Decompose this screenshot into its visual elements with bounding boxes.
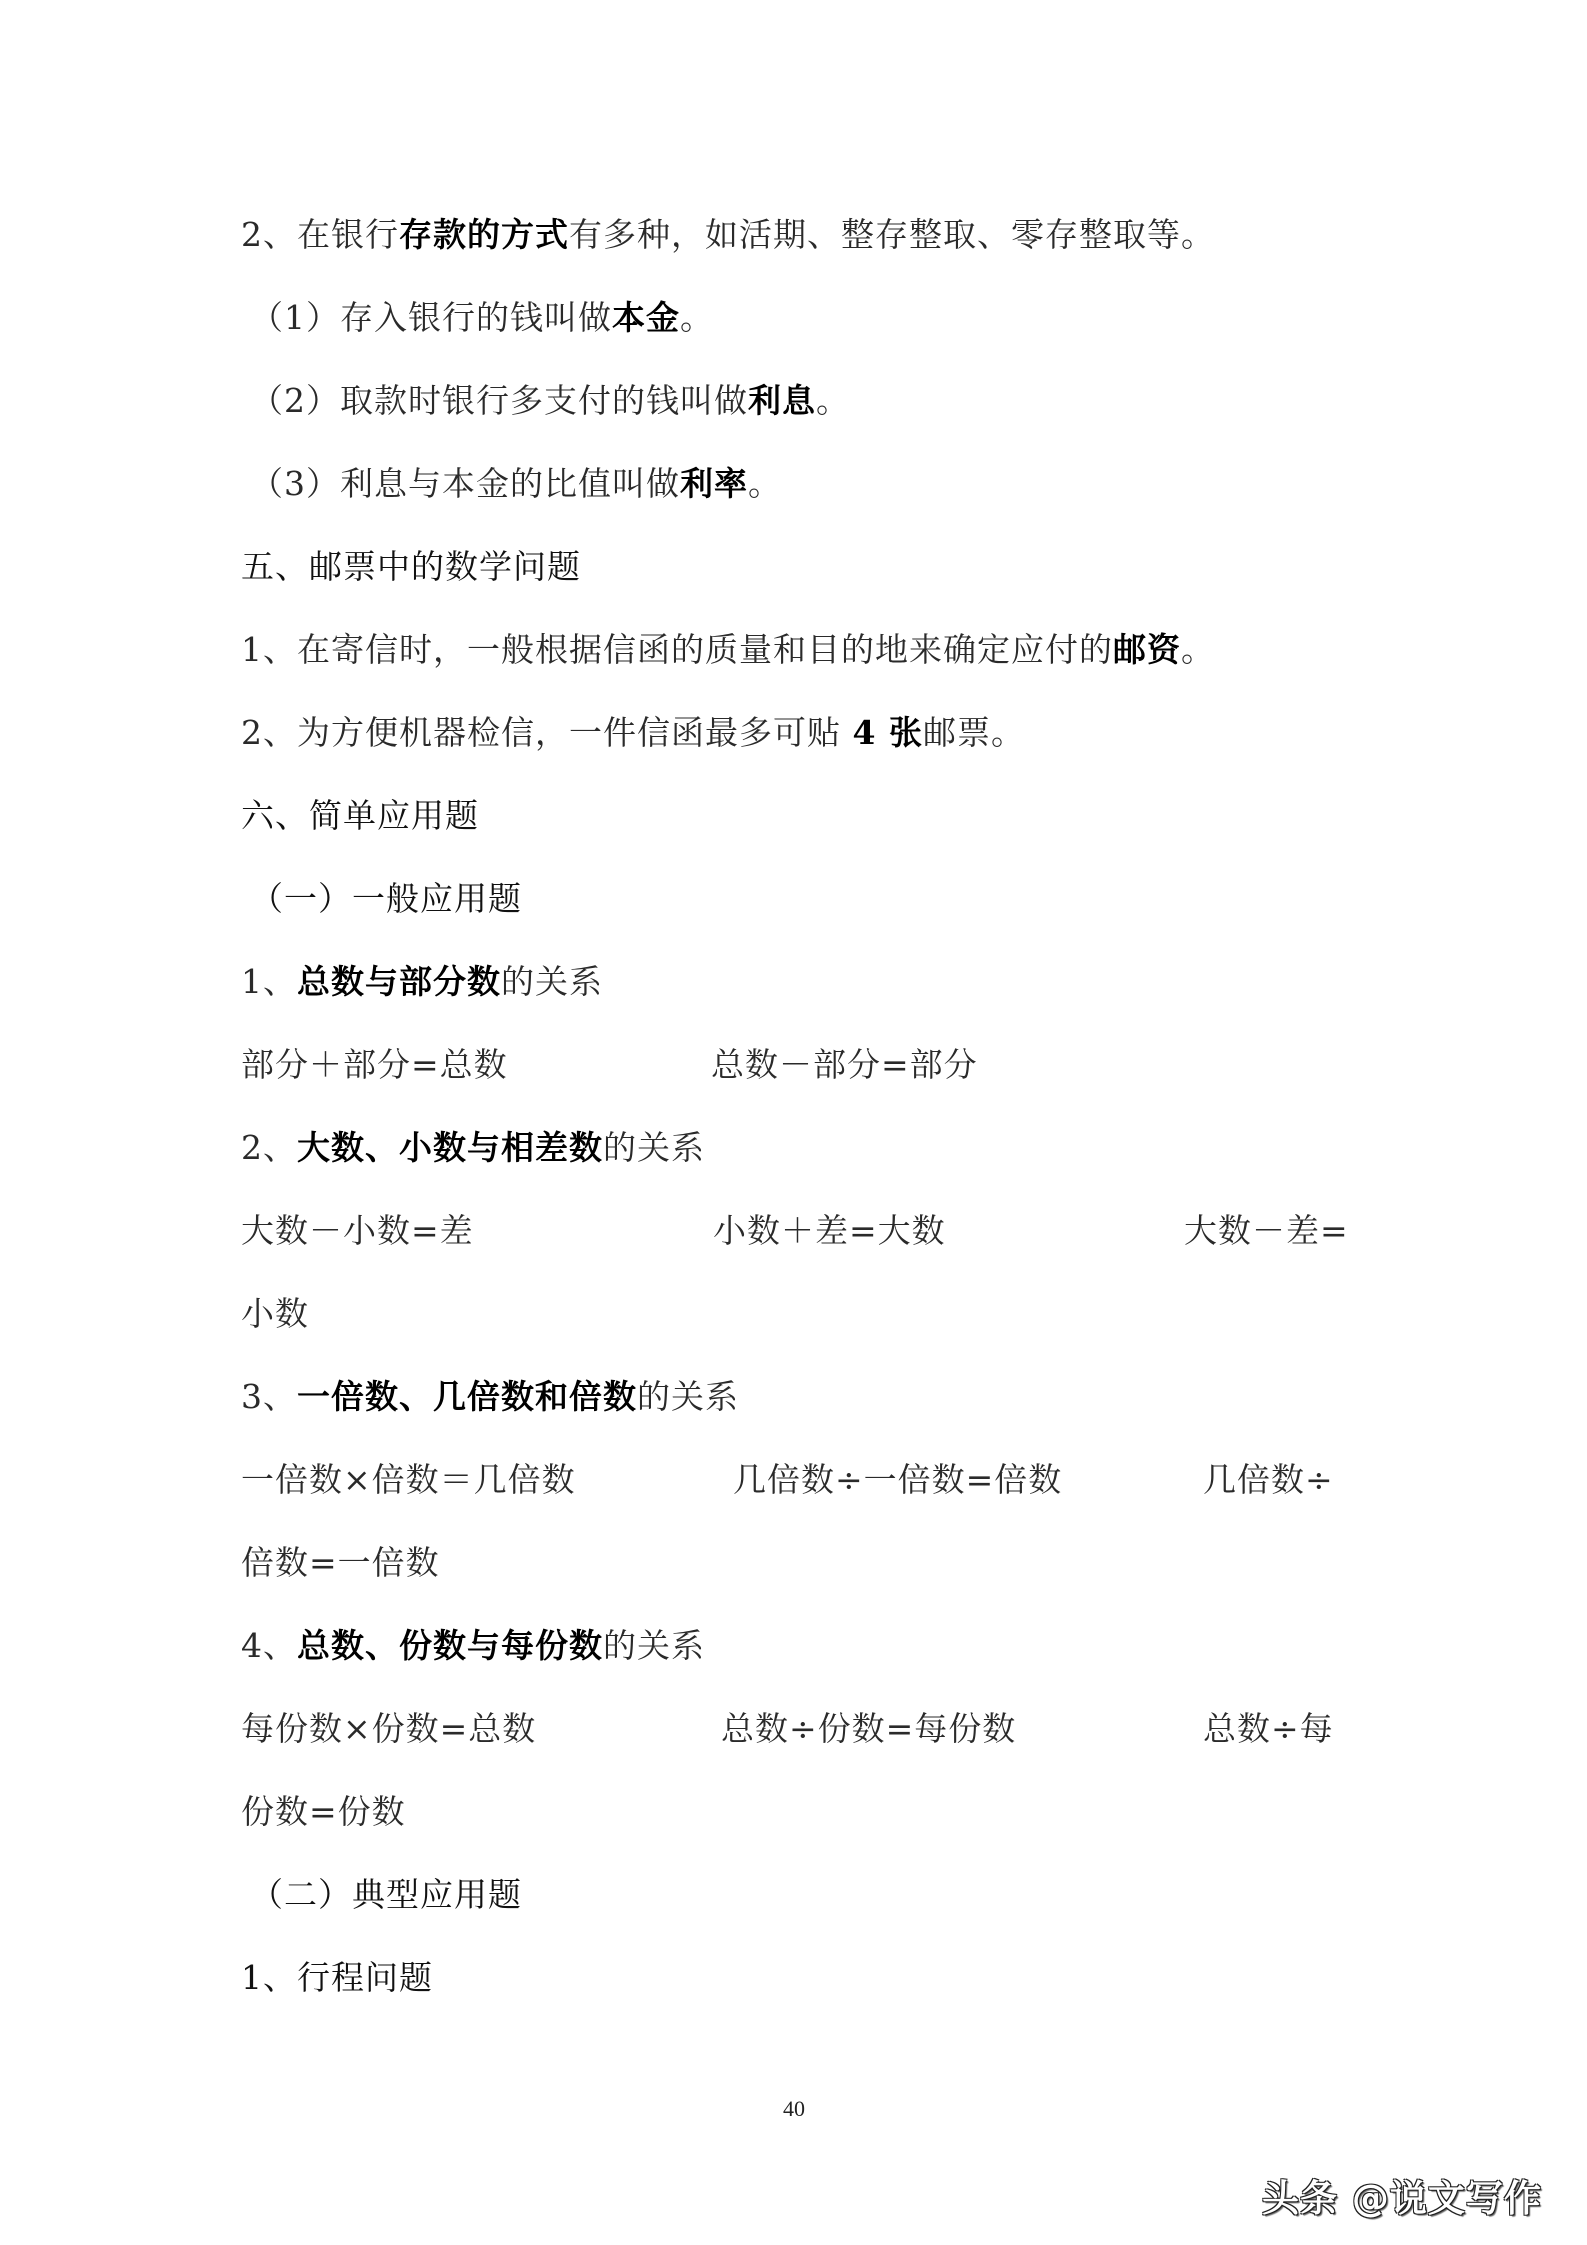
formula: 部分＋部分=总数 [241, 1040, 508, 1090]
text-segment: 的关系 [603, 1626, 705, 1665]
relation-4-formulas: 每份数×份数=总数 总数÷份数=每份数 总数÷每 [241, 1704, 1391, 1754]
text-segment: 3、 [241, 1377, 297, 1416]
text-segment: 的关系 [637, 1377, 739, 1416]
relation-4-continued: 份数=份数 [241, 1787, 406, 1837]
key-term: 一倍数、几倍数和倍数 [297, 1377, 637, 1416]
text-segment: 1、 [241, 962, 297, 1001]
key-term: 邮资 [1113, 630, 1181, 669]
formula: 总数÷份数=每份数 [721, 1704, 1016, 1754]
formula: 总数－部分=部分 [711, 1040, 978, 1090]
relation-3-title: 3、一倍数、几倍数和倍数的关系 [241, 1372, 739, 1422]
key-term: 大数、小数与相差数 [297, 1128, 603, 1167]
text-segment: 。 [816, 381, 850, 420]
text-segment: 的关系 [603, 1128, 705, 1167]
text-segment: 4、 [241, 1626, 297, 1665]
text-segment: 。 [680, 298, 714, 337]
formula: 大数－差= [1184, 1206, 1349, 1256]
formula: 几倍数÷一倍数=倍数 [733, 1455, 1062, 1505]
text-segment: 2、为方便机器检信，一件信函最多可贴 [241, 713, 853, 752]
formula: 小数＋差=大数 [713, 1206, 946, 1256]
key-term: 总数与部分数 [297, 962, 501, 1001]
paragraph-interest-rate: （3）利息与本金的比值叫做利率。 [250, 459, 782, 509]
travel-problem-heading: 1、行程问题 [241, 1953, 433, 2003]
text-segment: 。 [748, 464, 782, 503]
text-segment: 的关系 [501, 962, 603, 1001]
key-term: 4 张 [853, 713, 923, 752]
relation-4-title: 4、总数、份数与每份数的关系 [241, 1621, 705, 1671]
text-segment: 邮票。 [923, 713, 1025, 752]
formula: 大数－小数=差 [241, 1206, 474, 1256]
relation-3-continued: 倍数=一倍数 [241, 1538, 440, 1588]
relation-2-formulas: 大数－小数=差 小数＋差=大数 大数－差= [241, 1206, 1391, 1256]
formula: 每份数×份数=总数 [241, 1704, 536, 1754]
text-segment: 有多种，如活期、整存整取、零存整取等。 [569, 215, 1215, 254]
text-segment: （1）存入银行的钱叫做 [250, 298, 612, 337]
key-term: 本金 [612, 298, 680, 337]
text-segment: （3）利息与本金的比值叫做 [250, 464, 680, 503]
section-heading-5: 五、邮票中的数学问题 [241, 542, 581, 592]
text-segment: （2）取款时银行多支付的钱叫做 [250, 381, 748, 420]
text-segment: 。 [1181, 630, 1215, 669]
relation-3-formulas: 一倍数×倍数＝几倍数 几倍数÷一倍数=倍数 几倍数÷ [241, 1455, 1391, 1505]
paragraph-stamp-limit: 2、为方便机器检信，一件信函最多可贴 4 张邮票。 [241, 708, 1025, 758]
key-term: 利率 [680, 464, 748, 503]
paragraph-interest: （2）取款时银行多支付的钱叫做利息。 [250, 376, 850, 426]
paragraph-deposit-methods: 2、在银行存款的方式有多种，如活期、整存整取、零存整取等。 [241, 210, 1215, 260]
relation-2-title: 2、大数、小数与相差数的关系 [241, 1123, 705, 1173]
formula: 一倍数×倍数＝几倍数 [241, 1455, 576, 1505]
formula: 总数÷每 [1203, 1704, 1334, 1754]
page-number: 40 [783, 2096, 805, 2122]
watermark: 头条 @说文写作 [1262, 2168, 1542, 2222]
paragraph-postage: 1、在寄信时，一般根据信函的质量和目的地来确定应付的邮资。 [241, 625, 1215, 675]
text-segment: 2、在银行 [241, 215, 399, 254]
key-term: 总数、份数与每份数 [297, 1626, 603, 1665]
subsection-heading-typical: （二）典型应用题 [250, 1870, 522, 1920]
relation-1-formulas: 部分＋部分=总数 总数－部分=部分 [241, 1040, 1391, 1090]
relation-2-continued: 小数 [241, 1289, 309, 1339]
paragraph-principal: （1）存入银行的钱叫做本金。 [250, 293, 714, 343]
key-term: 存款的方式 [399, 215, 569, 254]
formula: 几倍数÷ [1203, 1455, 1334, 1505]
relation-1-title: 1、总数与部分数的关系 [241, 957, 603, 1007]
text-segment: 1、在寄信时，一般根据信函的质量和目的地来确定应付的 [241, 630, 1113, 669]
subsection-heading-general: （一）一般应用题 [250, 874, 522, 924]
text-segment: 2、 [241, 1128, 297, 1167]
section-heading-6: 六、简单应用题 [241, 791, 479, 841]
document-page: 2、在银行存款的方式有多种，如活期、整存整取、零存整取等。 （1）存入银行的钱叫… [0, 0, 1587, 2245]
key-term: 利息 [748, 381, 816, 420]
